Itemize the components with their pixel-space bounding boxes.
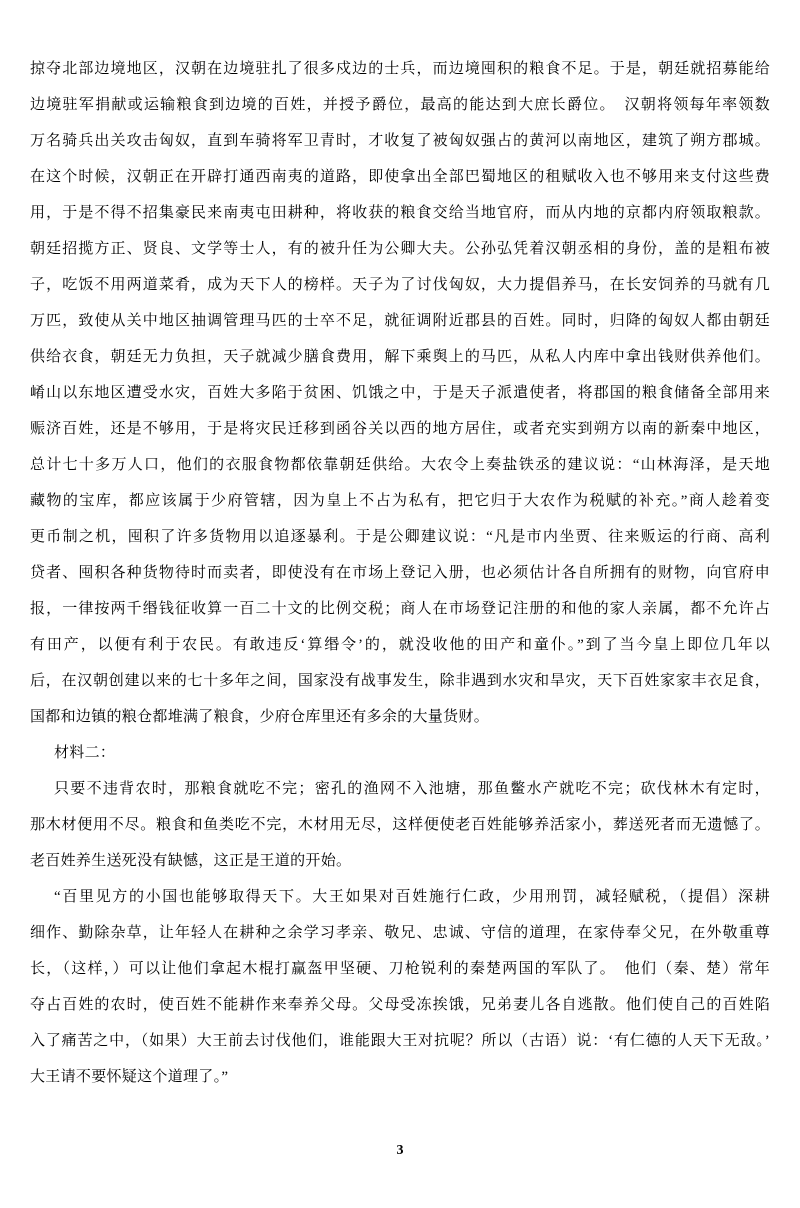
text-line: 子，吃饭不用两道菜肴，成为天下人的榜样。天子为了讨伐匈奴，大力提倡养马，在长安饲… [30,267,770,303]
text-line: “百里见方的小国也能够取得天下。大王如果对百姓施行仁政，少用刑罚，减轻赋税，（提… [30,879,770,915]
text-line: 长，（这样，）可以让他们拿起木棍打赢盔甲坚硬、刀枪锐利的秦楚两国的军队了。 他们… [30,951,770,987]
document-page: { "page": { "number": "3", "background_c… [0,0,800,1208]
text-line: 贷者、囤积各种货物待时而卖者，即使没有在市场上登记入册，也必须估计各自所拥有的财… [30,555,770,591]
text-line: 赈济百姓，还是不够用，于是将灾民迁移到函谷关以西的地方居住，或者充实到朔方以南的… [30,411,770,447]
paragraph: “百里见方的小国也能够取得天下。大王如果对百姓施行仁政，少用刑罚，减轻赋税，（提… [30,879,770,1095]
paragraph: 只要不违背农时，那粮食就吃不完；密孔的渔网不入池塘，那鱼鳖水产就吃不完；砍伐林木… [30,771,770,879]
text-line: 有田产，以便有利于农民。有敢违反‘算缗令’的，就没收他的田产和童仆。”到了当今皇… [30,627,770,663]
text-line: 供给衣食，朝廷无力负担，天子就减少膳食费用，解下乘舆上的马匹，从私人内库中拿出钱… [30,339,770,375]
text-line: 材料二： [30,735,770,771]
text-line: 边境驻军捐献或运输粮食到边境的百姓，并授予爵位，最高的能达到大庶长爵位。 汉朝将… [30,87,770,123]
text-line: 万名骑兵出关攻击匈奴，直到车骑将军卫青时，才收复了被匈奴强占的黄河以南地区，建筑… [30,123,770,159]
document-body: 掠夺北部边境地区，汉朝在边境驻扎了很多戍边的士兵，而边境囤积的粮食不足。于是，朝… [30,51,770,1095]
text-line: 报，一律按两千缗钱征收算一百二十文的比例交税；商人在市场登记注册的和他的家人亲属… [30,591,770,627]
paragraph: 掠夺北部边境地区，汉朝在边境驻扎了很多戍边的士兵，而边境囤积的粮食不足。于是，朝… [30,51,770,735]
text-line: 那木材便用不尽。粮食和鱼类吃不完，木材用无尽，这样便使老百姓能够养活家小，葬送死… [30,807,770,843]
text-line: 总计七十多万人口，他们的衣服食物都依靠朝廷供给。大农令上奏盐铁丞的建议说：“山林… [30,447,770,483]
text-line: 在这个时候，汉朝正在开辟打通西南夷的道路，即使拿出全部巴蜀地区的租赋收入也不够用… [30,159,770,195]
page-footer: 3 [0,1141,800,1159]
text-line: 掠夺北部边境地区，汉朝在边境驻扎了很多戍边的士兵，而边境囤积的粮食不足。于是，朝… [30,51,770,87]
page-number: 3 [397,1143,404,1158]
paragraph: 材料二： [30,735,770,771]
text-line: 入了痛苦之中，（如果）大王前去讨伐他们，谁能跟大王对抗呢？所以（古语）说：‘有仁… [30,1023,770,1059]
text-line: 细作、勤除杂草，让年轻人在耕种之余学习孝亲、敬兄、忠诚、守信的道理，在家侍奉父兄… [30,915,770,951]
text-line: 国都和边镇的粮仓都堆满了粮食，少府仓库里还有多余的大量货财。 [30,699,770,735]
text-line: 只要不违背农时，那粮食就吃不完；密孔的渔网不入池塘，那鱼鳖水产就吃不完；砍伐林木… [30,771,770,807]
text-line: 朝廷招揽方正、贤良、文学等士人，有的被升任为公卿大夫。公孙弘凭着汉朝丞相的身份，… [30,231,770,267]
text-line: 用，于是不得不招集豪民来南夷屯田耕种，将收获的粮食交给当地官府，而从内地的京都内… [30,195,770,231]
text-line: 更币制之机，囤积了许多货物用以追逐暴利。于是公卿建议说：“凡是市内坐贾、往来贩运… [30,519,770,555]
text-line: 后，在汉朝创建以来的七十多年之间，国家没有战事发生，除非遇到水灾和旱灾，天下百姓… [30,663,770,699]
text-line: 万匹，致使从关中地区抽调管理马匹的士卒不足，就征调附近郡县的百姓。同时，归降的匈… [30,303,770,339]
text-line: 夺占百姓的农时，使百姓不能耕作来奉养父母。父母受冻挨饿，兄弟妻儿各自逃散。他们使… [30,987,770,1023]
text-line: 大王请不要怀疑这个道理了。” [30,1059,770,1095]
text-line: 老百姓养生送死没有缺憾，这正是王道的开始。 [30,843,770,879]
text-line: 藏物的宝库，都应该属于少府管辖，因为皇上不占为私有，把它归于大农作为税赋的补充。… [30,483,770,519]
text-line: 崤山以东地区遭受水灾，百姓大多陷于贫困、饥饿之中，于是天子派遣使者，将郡国的粮食… [30,375,770,411]
